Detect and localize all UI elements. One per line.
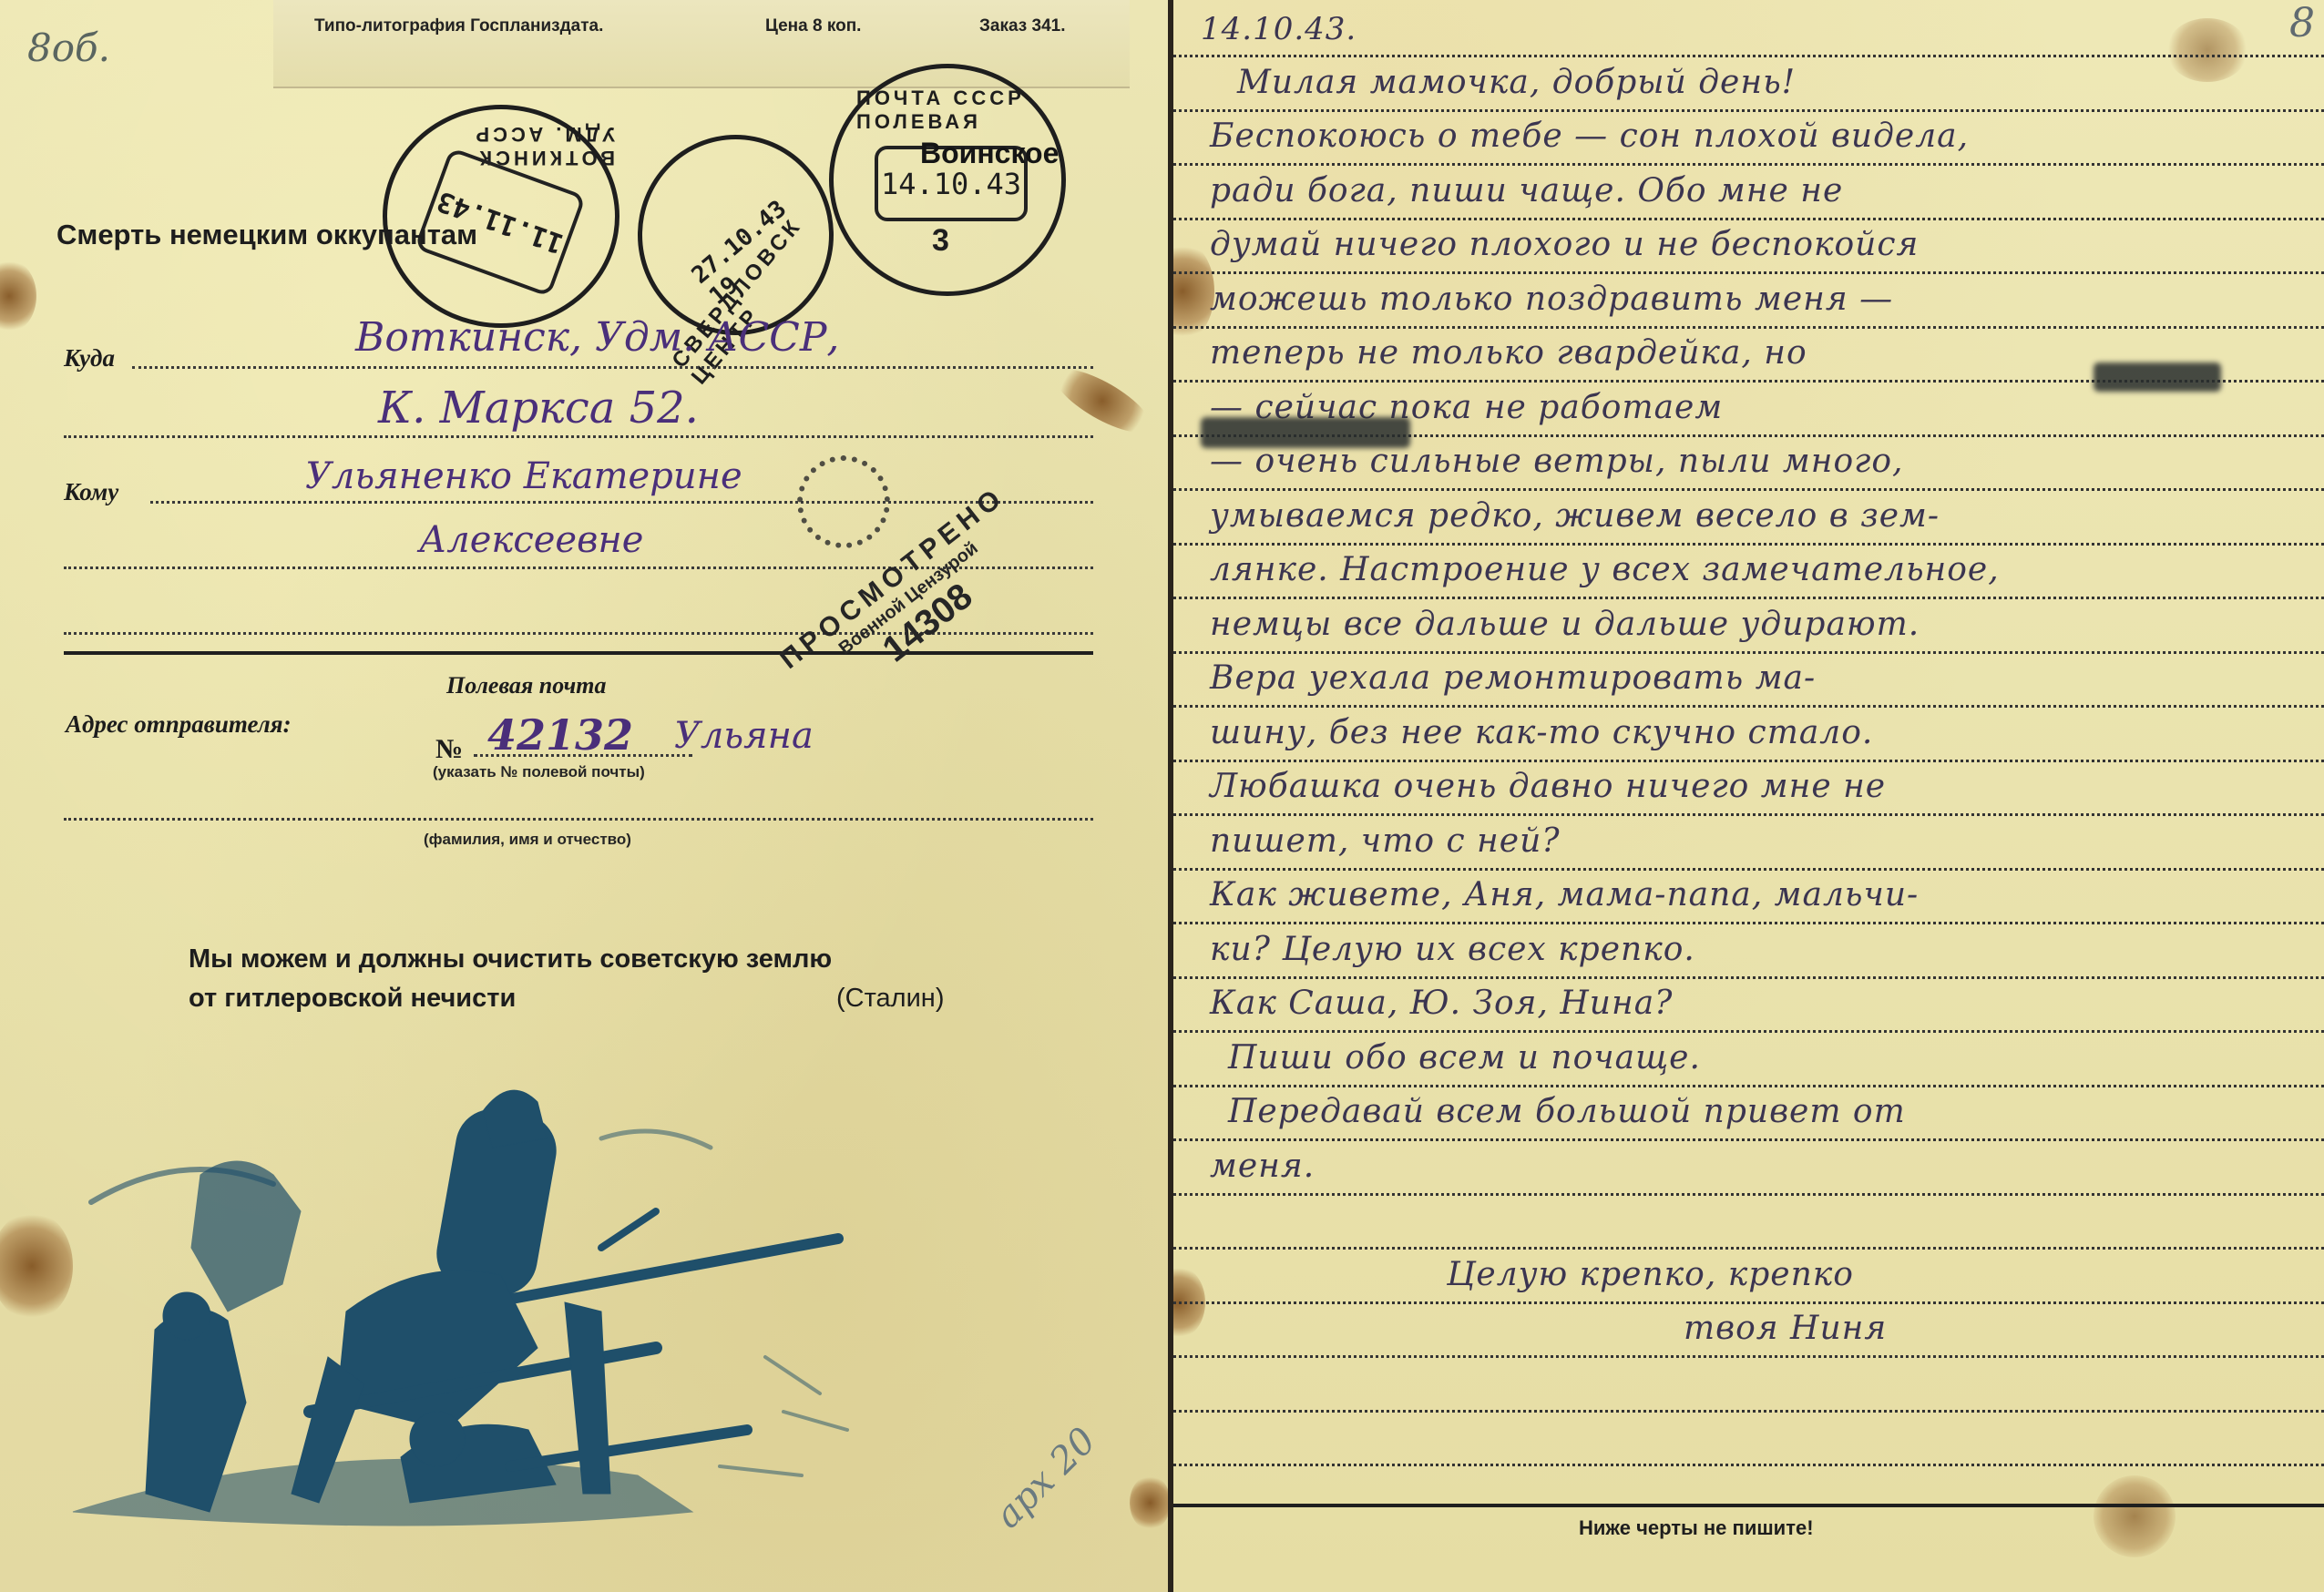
right-page-letter: 8 14.10.43.Милая мамочка, добрый день!Бе… (1173, 0, 2324, 1592)
letter-line-text: умываемся редко, живем весело в зем- (1210, 497, 1940, 535)
sender-name: Ульяна (674, 715, 814, 757)
stain (0, 260, 36, 332)
letter-line-text: Как Саша, Ю. Зоя, Нина? (1210, 985, 1673, 1022)
field-post-label: Полевая почта (446, 672, 606, 699)
to-line-1 (132, 366, 1093, 369)
publisher-text: Типо-литография Госпланиздата. (314, 16, 603, 36)
quote-line1: Мы можем и должны очистить советскую зем… (189, 944, 832, 975)
left-page-envelope: 8об. Типо-литография Госпланиздата. Цена… (0, 0, 1168, 1592)
letter-line-text: Вера уехала ремонтировать ма- (1210, 659, 1816, 697)
censor-redaction (2094, 362, 2221, 392)
soldiers-illustration (55, 1084, 893, 1557)
to-line-2 (64, 435, 1093, 438)
sender-name-line (64, 818, 1093, 821)
price-text: Цена 8 коп. (765, 16, 861, 36)
letter-line-text: — очень сильные ветры, пыли много, (1210, 443, 1903, 480)
hint-name: (фамилия, имя и отчество) (424, 831, 631, 849)
letter-date: 14.10.43. (1201, 11, 1357, 47)
sender-label: Адрес отправителя: (66, 710, 292, 739)
stain (2166, 18, 2248, 82)
stain (1046, 358, 1159, 444)
ruled-line (1173, 163, 2324, 166)
field-post-postmark: ПОЧТА СССР ПОЛЕВАЯ 14.10.43 3 (829, 64, 1066, 296)
ruled-line (1173, 597, 2324, 599)
ruled-line (1173, 705, 2324, 708)
quote-line2: от гитлеровской нечисти (189, 984, 516, 1014)
voinskoe-overprint: Воинское (920, 137, 1059, 170)
smudged-round-stamp (797, 455, 890, 548)
ruled-line (1173, 1410, 2324, 1413)
ruled-line (1173, 813, 2324, 816)
letter-line-text: шину, без нее как-то скучно стало. (1210, 714, 1873, 751)
letter-line-text: твоя Ниня (1684, 1310, 1887, 1347)
address-divider (64, 651, 1093, 655)
quote-author: (Сталин) (836, 984, 944, 1014)
to-label: Куда (64, 344, 115, 372)
censor-redaction (1201, 417, 1410, 448)
top-fold-flap (273, 0, 1130, 88)
ruled-line (1173, 55, 2324, 57)
pencil-archive-note: арх 20 (988, 1420, 1104, 1536)
whom-line1: Ульяненко Екатерине (305, 455, 742, 497)
whom-label: Кому (64, 478, 118, 506)
letter-line-text: Как живете, Аня, мама-папа, мальчи- (1210, 876, 1919, 913)
archive-mark-right: 8 (2289, 0, 2315, 46)
ruled-line (1173, 1464, 2324, 1466)
sverdlovsk-postmark: СВЕРДЛОВСК ЦЕНТР 27.10.43 19 (638, 135, 834, 335)
ruled-line (1173, 1030, 2324, 1033)
letter-line-text: пишет, что с ней? (1210, 822, 1561, 860)
ruled-line (1173, 976, 2324, 979)
letter-line-text: ради бога, пиши чаще. Обо мне не (1210, 172, 1843, 209)
letter-line-text: Передавай всем большой привет от (1228, 1093, 1906, 1130)
letter-line-text: немцы все дальше и дальше удирают. (1210, 606, 1920, 643)
ruled-line (1173, 651, 2324, 654)
letter-line-text: можешь только поздравить меня — (1210, 281, 1893, 318)
ruled-line (1173, 109, 2324, 112)
letter-line-text: теперь не только гвардейка, но (1210, 334, 1807, 372)
letter-line-text: Беспокоюсь о тебе — сон плохой видела, (1210, 117, 1969, 155)
ruled-line (1173, 1301, 2324, 1304)
ruled-line (1173, 1193, 2324, 1196)
ruled-line (1173, 1138, 2324, 1141)
letter-line-text: Милая мамочка, добрый день! (1237, 64, 1796, 101)
ruled-line (1173, 922, 2324, 924)
ruled-line (1173, 543, 2324, 546)
votkinsk-postmark: ВОТКИНСК УДМ. АССР 11.11.43 (383, 105, 619, 328)
letter-line-text: Любашка очень давно ничего мне не (1210, 768, 1886, 805)
letter-line-text: Пиши обо всем и почаще. (1228, 1039, 1701, 1077)
ruled-line (1173, 218, 2324, 220)
whom-line2: Алексеевне (419, 519, 643, 561)
footer-note: Ниже черты не пишите! (1579, 1516, 1814, 1540)
ruled-line (1173, 326, 2324, 329)
slogan-top: Смерть немецким оккупантам (56, 219, 477, 251)
ruled-line (1173, 1085, 2324, 1087)
letter-line-text: лянке. Настроение у всех замечательное, (1210, 551, 2000, 588)
letter-line-text: думай ничего плохого и не беспокойся (1210, 226, 1919, 263)
order-text: Заказ 341. (979, 16, 1065, 36)
ruled-line (1173, 868, 2324, 871)
letter-line-text: Целую крепко, крепко (1447, 1256, 1854, 1293)
ruled-line (1173, 760, 2324, 762)
ruled-line (1173, 1355, 2324, 1358)
ruled-line (1173, 1247, 2324, 1250)
to-address-line2: К. Маркса 52. (378, 383, 699, 434)
ruled-line (1173, 271, 2324, 274)
footer-divider (1173, 1504, 2324, 1507)
field-post-sub: 3 (932, 223, 949, 259)
to-address-line1: Воткинск, Удм. АССР, (355, 314, 839, 361)
hint-number: (указать № полевой почты) (433, 763, 645, 781)
stain (2094, 1475, 2176, 1557)
number-sign: № (435, 734, 463, 765)
stain (1130, 1475, 1168, 1530)
archive-mark-left: 8об. (27, 26, 110, 70)
field-post-ring-text: ПОЧТА СССР ПОЛЕВАЯ (856, 87, 1061, 134)
whom-line-1 (150, 501, 1093, 504)
letter-line-text: меня. (1210, 1148, 1315, 1185)
letter-line-text: ки? Целую их всех крепко. (1210, 931, 1695, 968)
ruled-line (1173, 488, 2324, 491)
field-post-number: 42132 (487, 710, 633, 760)
